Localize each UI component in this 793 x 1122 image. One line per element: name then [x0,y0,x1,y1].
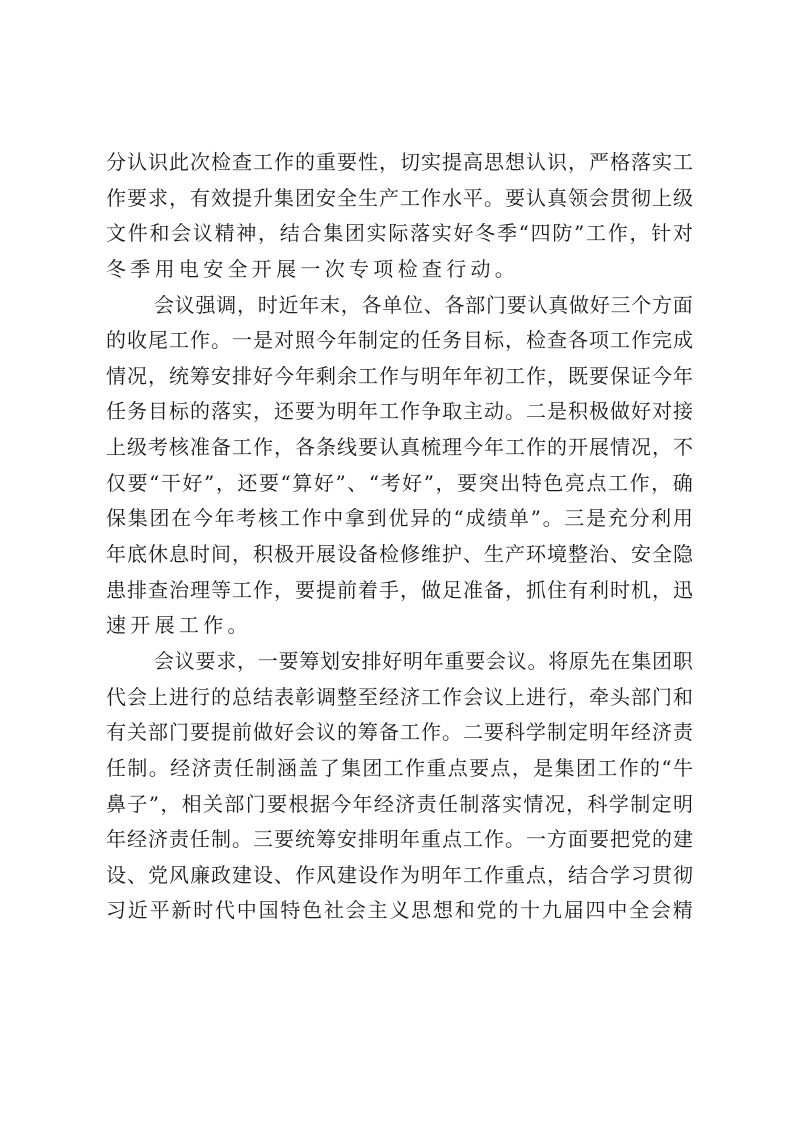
paragraph-1-line-3: 文件和会议精神，结合集团实际落实好冬季“四防”工作，针对 [106,216,693,252]
paragraph-3-line-6: 年经济责任制。三要统筹安排明年重点工作。一方面要把党的建 [106,822,693,858]
paragraph-2-line-2: 的收尾工作。一是对照今年制定的任务目标，检查各项工作完成 [106,323,693,359]
paragraph-2-line-4: 任务目标的落实，还要为明年工作争取主动。二是积极做好对接 [106,394,693,430]
paragraph-1-line-4: 冬季用电安全开展一次专项检查行动。 [106,252,693,288]
paragraph-2-line-9: 患排查治理等工作，要提前着手，做足准备，抓住有利时机，迅 [106,573,693,609]
body-text: 分认识此次检查工作的重要性，切实提高思想认识，严格落实工 作要求，有效提升集团安… [106,145,696,929]
paragraph-2-line-10: 速开展工作。 [106,608,693,644]
paragraph-1-line-2: 作要求，有效提升集团安全生产工作水平。要认真领会贯彻上级 [106,181,693,217]
paragraph-2-line-3: 情况，统筹安排好今年剩余工作与明年年初工作，既要保证今年 [106,359,693,395]
paragraph-3-line-3: 有关部门要提前做好会议的筹备工作。二要科学制定明年经济责 [106,715,693,751]
paragraph-1-line-1: 分认识此次检查工作的重要性，切实提高思想认识，严格落实工 [106,145,693,181]
paragraph-2-line-8: 年底休息时间，积极开展设备检修维护、生产环境整治、安全隐 [106,537,693,573]
paragraph-2-line-5: 上级考核准备工作，各条线要认真梳理今年工作的开展情况，不 [106,430,693,466]
paragraph-2-line-1: 会议强调，时近年末，各单位、各部门要认真做好三个方面 [106,288,693,324]
paragraph-3-line-5: 鼻子”，相关部门要根据今年经济责任制落实情况，科学制定明 [106,787,693,823]
paragraph-3-line-7: 设、党风廉政建设、作风建设作为明年工作重点，结合学习贯彻 [106,858,693,894]
paragraph-3-line-4: 任制。经济责任制涵盖了集团工作重点要点，是集团工作的“牛 [106,751,693,787]
paragraph-2-line-6: 仅要“干好”，还要“算好”、“考好”，要突出特色亮点工作，确 [106,466,693,502]
paragraph-3-line-2: 代会上进行的总结表彰调整至经济工作会议上进行，牵头部门和 [106,680,693,716]
paragraph-3-line-8: 习近平新时代中国特色社会主义思想和党的十九届四中全会精 [106,893,693,929]
paragraph-3-line-1: 会议要求，一要筹划安排好明年重要会议。将原先在集团职 [106,644,693,680]
document-page: 分认识此次检查工作的重要性，切实提高思想认识，严格落实工 作要求，有效提升集团安… [0,0,793,1122]
paragraph-2-line-7: 保集团在今年考核工作中拿到优异的“成绩单”。三是充分利用 [106,501,693,537]
